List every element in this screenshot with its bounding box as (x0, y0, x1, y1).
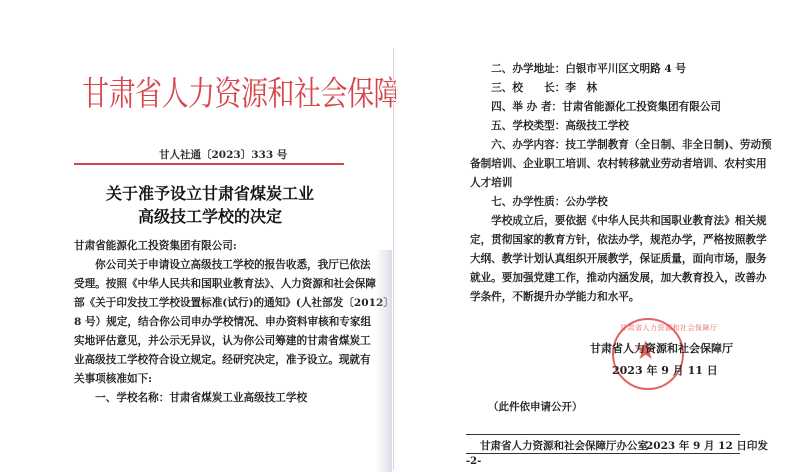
footer-print-date: 2023 年 9 月 12 日印发 (646, 438, 768, 453)
item-nature: 七、办学性质：公办学校 (470, 193, 608, 212)
body-line: 实地评估意见，并公示无异议，认为你公司筹建的甘肃省煤炭工 (74, 332, 371, 351)
body-line: 学条件，不断提升办学能力和水平。 (470, 288, 640, 307)
document-number: 甘人社通〔2023〕333 号 (159, 147, 287, 162)
document-title-line-1: 关于准予设立甘肃省煤炭工业 (60, 181, 360, 204)
document-page-1: 甘肃省人力资源和社会保障厅文件 甘人社通〔2023〕333 号 关于准予设立甘肃… (0, 0, 392, 472)
page-number: -2- (466, 456, 481, 467)
addressee: 甘肃省能源化工投资集团有限公司: (74, 237, 237, 256)
seal-text: 甘肃省人力资源和社会保障厅 (620, 323, 676, 333)
body-line: 学校成立后，要依据《中华人民共和国职业教育法》相关规 (470, 212, 767, 231)
header-red-rule (74, 163, 344, 165)
body-line: 关事项核准如下: (74, 370, 152, 389)
item-principal: 三、校 长：李 林 (470, 79, 597, 98)
body-line: 受理。按照《中华人民共和国职业教育法》、人力资源和社会保障 (74, 275, 376, 294)
document-title-line-2: 高级技工学校的决定 (60, 204, 360, 227)
footer-rule-top (466, 434, 740, 435)
body-line: 就业。要加强党建工作，推动内涵发展，加大教育投入，改善办 (470, 269, 767, 288)
body-line: 业高级技工学校符合设立规定。经研究决定，准予设立。现就有 (74, 351, 371, 370)
footer-office: 甘肃省人力资源和社会保障厅办公室 (480, 438, 648, 453)
body-line: 你公司关于申请设立高级技工学校的报告收悉，我厅已依法 (74, 256, 371, 275)
signer-name: 甘肃省人力资源和社会保障厅 (590, 340, 733, 356)
page-edge-shadow (376, 250, 392, 472)
item-school-name: 一、学校名称：甘肃省煤炭工业高级技工学校 (74, 389, 307, 408)
public-note: （此件依申请公开） (488, 399, 583, 414)
sign-date: 2023 年 9 月 11 日 (612, 362, 718, 378)
body-line: 定，贯彻国家的教育方针，依法办学，规范办学，严格按照教学 (470, 231, 767, 250)
item-content: 六、办学内容：技工学制教育（全日制、非全日制)、劳动预 (470, 136, 772, 155)
body-line: 大纲、教学计划认真组织开展教学，保证质量，面向市场，服务 (470, 250, 767, 269)
item-sponsor: 四、举 办 者：甘肃省能源化工投资集团有限公司 (470, 98, 721, 117)
footer-rule-bottom (466, 453, 740, 454)
page-divider (393, 48, 394, 470)
item-school-type: 五、学校类型：高级技工学校 (470, 117, 629, 136)
item-address: 二、办学地址：白银市平川区文明路 4 号 (470, 60, 686, 79)
body-line: 备制培训、企业职工培训、农村转移就业劳动者培训、农村实用 (470, 155, 767, 174)
body-line: 人才培训 (470, 174, 512, 193)
body-line: 部《关于印发技工学校设置标准(试行)的通知》(人社部发〔2012〕 (74, 294, 394, 313)
body-line: 8 号）规定，结合你公司申办学校情况、申办资料审核和专家组 (74, 313, 371, 332)
